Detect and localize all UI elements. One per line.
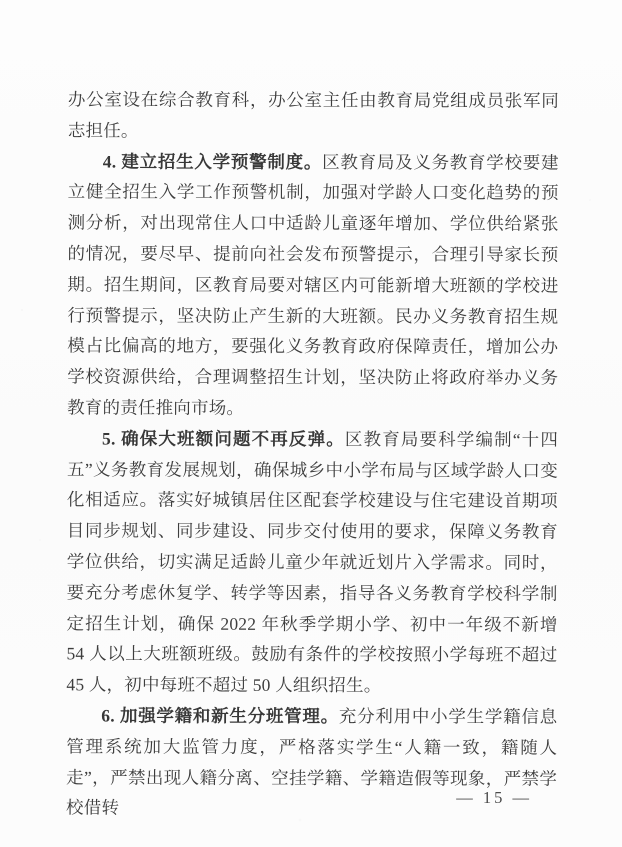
paragraph-text: 区教育局及义务教育学校要建立健全招生入学工作预警机制，加强对学龄人口变化趋势的预… <box>67 152 559 418</box>
paragraph: 4. 建立招生入学预警制度。区教育局及义务教育学校要建立健全招生入学工作预警机制… <box>67 146 559 424</box>
page-number: — 15 — <box>456 788 532 808</box>
document-page: 办公室设在综合教育科，办公室主任由教育局党组成员张军同志担任。 4. 建立招生入… <box>0 0 622 847</box>
paragraph: 5. 确保大班额问题不再反弹。区教育局要科学编制“十四五”义务教育发展规划，确保… <box>66 423 558 701</box>
paragraph-lead: 5. 确保大班额问题不再反弹。 <box>102 428 345 449</box>
document-body: 办公室设在综合教育科，办公室主任由教育局党组成员张军同志担任。 4. 建立招生入… <box>66 84 559 824</box>
paragraph: 办公室设在综合教育科，办公室主任由教育局党组成员张军同志担任。 <box>68 84 559 147</box>
paragraph-lead: 4. 建立招生入学预警制度。 <box>103 151 322 172</box>
paragraph-text: 办公室设在综合教育科，办公室主任由教育局党组成员张军同志担任。 <box>68 89 559 140</box>
paragraph-text: 区教育局要科学编制“十四五”义务教育发展规划，确保城乡中小学布局与区域学龄人口变… <box>66 429 558 695</box>
paragraph-lead: 6. 加强学籍和新生分班管理。 <box>101 705 339 726</box>
